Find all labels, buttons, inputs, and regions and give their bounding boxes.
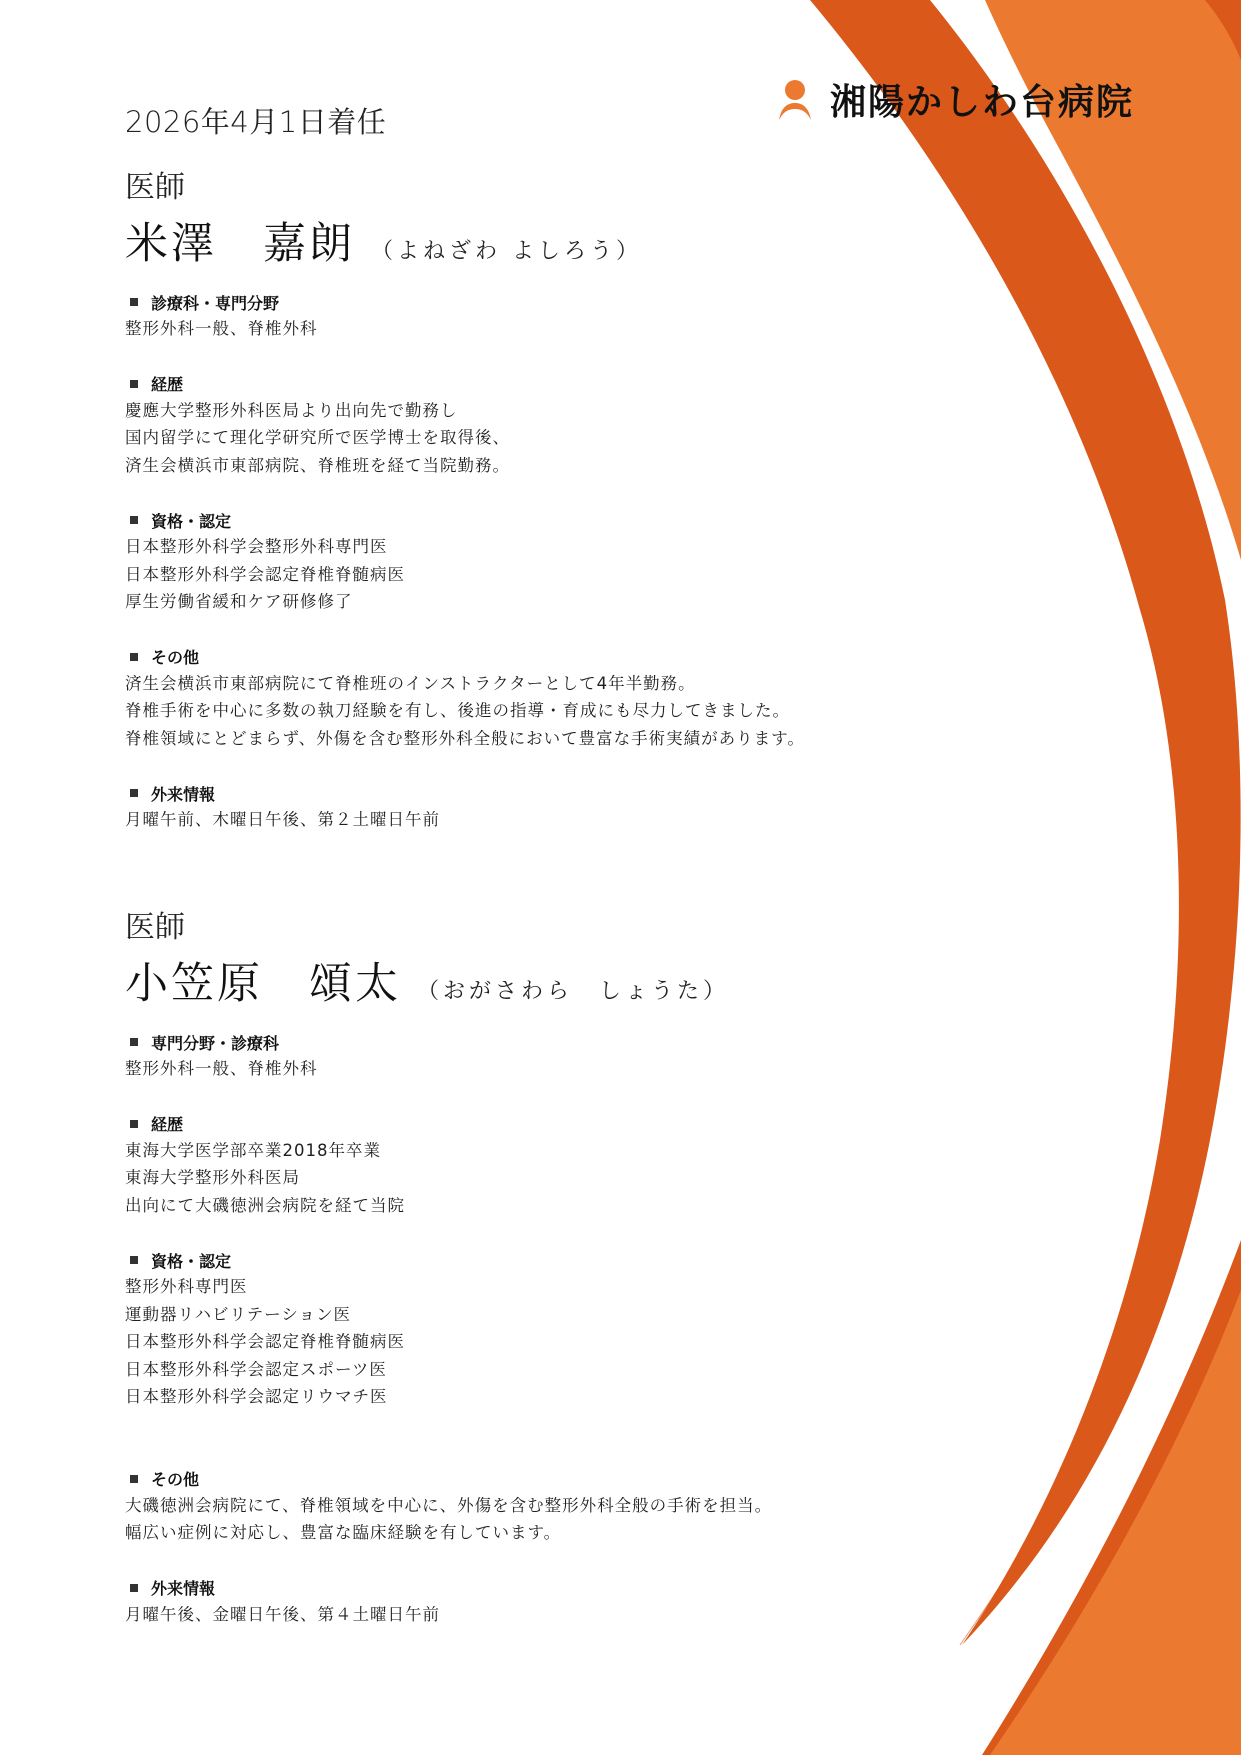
section-title: 経歴 [151,372,183,395]
section-line: 日本整形外科学会認定スポーツ医 [125,1356,925,1384]
name-row: 米澤 嘉朗 （よねざわ よしろう） [125,210,925,271]
section-line: 慶應大学整形外科医局より出向先で勤務し [125,397,925,425]
section-line: 運動器リハビリテーション医 [125,1301,925,1329]
section-title: 経歴 [151,1112,183,1135]
section-line: 月曜午後、金曜日午後、第４土曜日午前 [125,1601,925,1629]
square-bullet-icon [130,1256,138,1264]
square-bullet-icon [130,380,138,388]
doctor-name-kana: （おがさわら しょうた） [417,974,729,1005]
doctor-profile: 医師 米澤 嘉朗 （よねざわ よしろう） 診療科・専門分野 整形外科一般、脊椎外… [125,168,925,834]
section-career: 経歴 東海大学医学部卒業2018年卒業 東海大学整形外科医局 出向にて大磯徳洲会… [125,1111,925,1220]
section-line: 済生会横浜市東部病院、脊椎班を経て当院勤務。 [125,452,925,480]
doctor-name: 米澤 嘉朗 [125,210,355,271]
section-line: 大磯徳洲会病院にて、脊椎領域を中心に、外傷を含む整形外科全般の手術を担当。 [125,1492,925,1520]
section-line: 整形外科一般、脊椎外科 [125,1055,925,1083]
section-specialty: 専門分野・診療科 整形外科一般、脊椎外科 [125,1029,925,1083]
section-career: 経歴 慶應大学整形外科医局より出向先で勤務し 国内留学にて理化学研究所で医学博士… [125,371,925,480]
section-line: 幅広い症例に対応し、豊富な臨床経験を有しています。 [125,1519,925,1547]
section-title: 資格・認定 [151,1249,231,1272]
section-line: 整形外科一般、脊椎外科 [125,315,925,343]
section-line: 月曜午前、木曜日午後、第２土曜日午前 [125,806,925,834]
section-qualifications: 資格・認定 整形外科専門医 運動器リハビリテーション医 日本整形外科学会認定脊椎… [125,1247,925,1411]
square-bullet-icon [130,1120,138,1128]
section-line: 脊椎領域にとどまらず、外傷を含む整形外科全般において豊富な手術実績があります。 [125,725,925,753]
section-line: 日本整形外科学会認定脊椎脊髄病医 [125,1328,925,1356]
section-line: 出向にて大磯徳洲会病院を経て当院 [125,1192,925,1220]
hospital-name: 湘陽かしわ台病院 [830,74,1134,125]
section-line: 日本整形外科学会整形外科専門医 [125,533,925,561]
section-title: その他 [151,1467,199,1490]
section-line: 日本整形外科学会認定リウマチ医 [125,1383,925,1411]
section-other: その他 済生会横浜市東部病院にて脊椎班のインストラクターとして4年半勤務。 脊椎… [125,644,925,753]
section-line: 日本整形外科学会認定脊椎脊髄病医 [125,561,925,589]
section-title: その他 [151,645,199,668]
section-other: その他 大磯徳洲会病院にて、脊椎領域を中心に、外傷を含む整形外科全般の手術を担当… [125,1466,925,1547]
section-outpatient: 外来情報 月曜午後、金曜日午後、第４土曜日午前 [125,1575,925,1629]
square-bullet-icon [130,653,138,661]
section-specialty: 診療科・専門分野 整形外科一般、脊椎外科 [125,289,925,343]
section-title: 診療科・専門分野 [151,291,279,314]
section-line: 東海大学整形外科医局 [125,1164,925,1192]
section-line: 東海大学医学部卒業2018年卒業 [125,1137,925,1165]
doctor-name-kana: （よねざわ よしろう） [371,234,642,265]
section-title: 専門分野・診療科 [151,1031,279,1054]
section-line: 整形外科専門医 [125,1273,925,1301]
square-bullet-icon [130,298,138,306]
doctor-role: 医師 [125,908,925,948]
doctor-role: 医師 [125,168,925,208]
name-row: 小笠原 頌太 （おがさわら しょうた） [125,950,925,1011]
doctor-profile: 医師 小笠原 頌太 （おがさわら しょうた） 専門分野・診療科 整形外科一般、脊… [125,908,925,1628]
section-qualifications: 資格・認定 日本整形外科学会整形外科専門医 日本整形外科学会認定脊椎脊髄病医 厚… [125,507,925,616]
square-bullet-icon [130,516,138,524]
doctor-name: 小笠原 頌太 [125,950,401,1011]
section-title: 資格・認定 [151,509,231,532]
section-title: 外来情報 [151,1576,215,1599]
section-line: 国内留学にて理化学研究所で医学博士を取得後、 [125,424,925,452]
square-bullet-icon [130,1475,138,1483]
person-icon [778,78,812,122]
appointment-date: 2026年4月1日着任 [125,100,386,141]
section-outpatient: 外来情報 月曜午前、木曜日午後、第２土曜日午前 [125,780,925,834]
square-bullet-icon [130,1038,138,1046]
square-bullet-icon [130,789,138,797]
square-bullet-icon [130,1584,138,1592]
section-title: 外来情報 [151,782,215,805]
section-line: 厚生労働省緩和ケア研修修了 [125,588,925,616]
section-line: 済生会横浜市東部病院にて脊椎班のインストラクターとして4年半勤務。 [125,670,925,698]
section-line: 脊椎手術を中心に多数の執刀経験を有し、後進の指導・育成にも尽力してきました。 [125,697,925,725]
hospital-logo: 湘陽かしわ台病院 [778,74,1134,125]
